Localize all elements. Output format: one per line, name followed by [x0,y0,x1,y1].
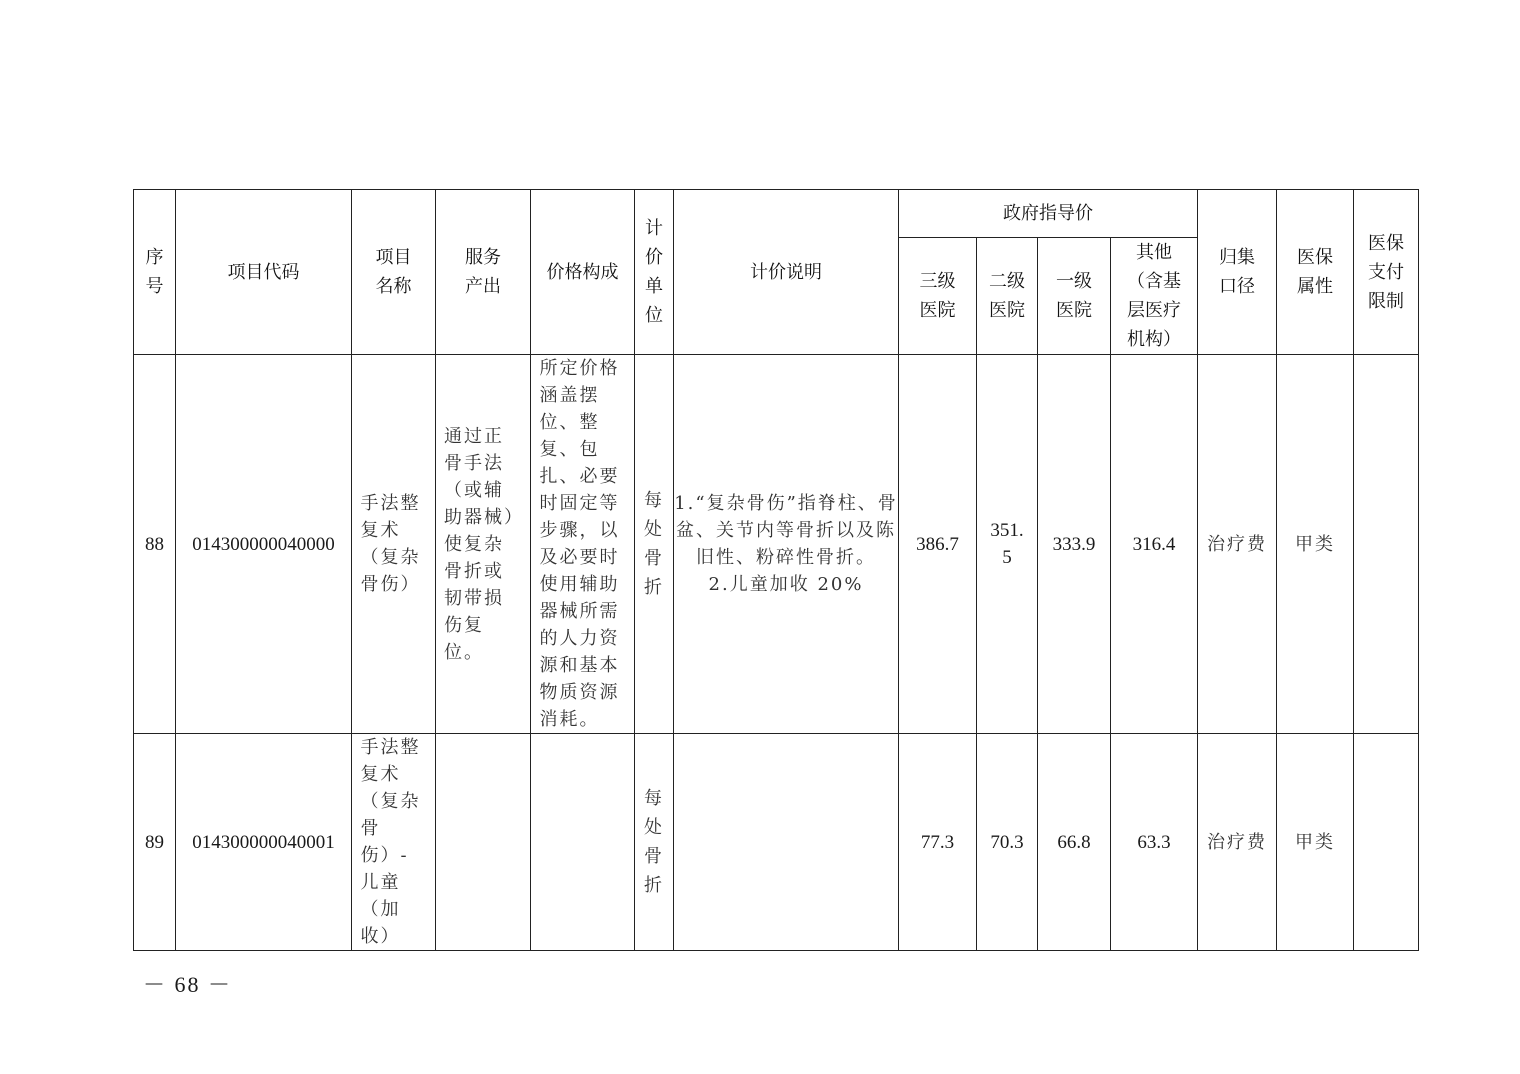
cell-insurance-type: 甲类 [1277,355,1354,734]
cell-level2: 351.5 [977,355,1038,734]
cell-code: 014300000040001 [176,734,352,951]
page-number: － 68 － [143,968,232,999]
header-level3: 三级医院 [899,238,977,355]
cell-level1: 333.9 [1038,355,1111,734]
header-seq: 序号 [134,190,176,355]
cell-other: 316.4 [1111,355,1198,734]
header-code: 项目代码 [176,190,352,355]
table-row: 88 014300000040000 手法整复术（复杂骨伤） 通过正骨手法（或辅… [134,355,1419,734]
cell-output [436,734,531,951]
cell-category: 治疗费 [1198,734,1277,951]
header-insurance-type: 医保属性 [1277,190,1354,355]
header-other: 其他（含基层医疗机构） [1111,238,1198,355]
cell-level1: 66.8 [1038,734,1111,951]
table-row: 89 014300000040001 手法整复术（复杂骨伤）-儿童（加收） 每处… [134,734,1419,951]
header-gov-price: 政府指导价 [899,190,1198,238]
cell-insurance-type: 甲类 [1277,734,1354,951]
cell-seq: 89 [134,734,176,951]
cell-seq: 88 [134,355,176,734]
cell-output: 通过正骨手法（或辅助器械）使复杂骨折或韧带损伤复位。 [436,355,531,734]
price-table: 序号 项目代码 项目名称 服务产出 价格构成 计价单位 计价说明 政府指导价 归… [133,189,1419,951]
header-name: 项目名称 [352,190,436,355]
cell-name: 手法整复术（复杂骨伤） [352,355,436,734]
header-level1: 一级医院 [1038,238,1111,355]
cell-other: 63.3 [1111,734,1198,951]
cell-name: 手法整复术（复杂骨伤）-儿童（加收） [352,734,436,951]
cell-insurance-limit [1354,734,1419,951]
cell-level3: 386.7 [899,355,977,734]
header-insurance-limit: 医保支付限制 [1354,190,1419,355]
header-output: 服务产出 [436,190,531,355]
header-pricing-note: 计价说明 [674,190,899,355]
header-unit: 计价单位 [635,190,674,355]
cell-code: 014300000040000 [176,355,352,734]
cell-category: 治疗费 [1198,355,1277,734]
cell-insurance-limit [1354,355,1419,734]
cell-unit: 每处骨折 [635,355,674,734]
cell-level2: 70.3 [977,734,1038,951]
header-level2: 二级医院 [977,238,1038,355]
cell-price-composition [531,734,635,951]
cell-level3: 77.3 [899,734,977,951]
cell-unit: 每处骨折 [635,734,674,951]
header-category: 归集口径 [1198,190,1277,355]
cell-pricing-note [674,734,899,951]
header-price-composition: 价格构成 [531,190,635,355]
cell-price-composition: 所定价格涵盖摆位、整复、包扎、必要时固定等步骤，以及必要时使用辅助器械所需的人力… [531,355,635,734]
cell-pricing-note: 1.“复杂骨伤”指脊柱、骨盆、关节内等骨折以及陈旧性、粉碎性骨折。2.儿童加收 … [674,355,899,734]
